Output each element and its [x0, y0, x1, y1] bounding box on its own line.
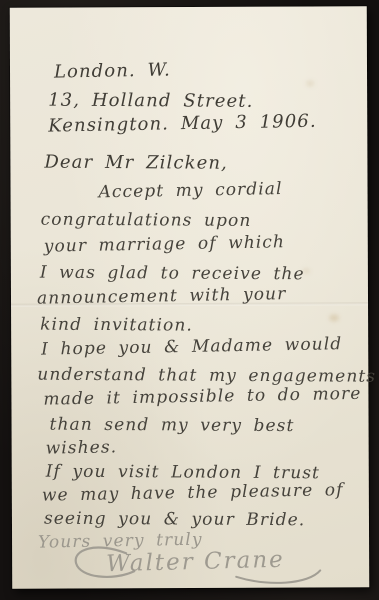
letter-line: wishes.	[46, 439, 118, 457]
letter-line: I hope you & Madame would	[41, 336, 342, 359]
date-line: Kensington. May 3 1906.	[48, 113, 317, 136]
address-line: London. W.	[54, 61, 171, 81]
paper-stain	[306, 80, 314, 86]
paper-stain	[329, 314, 339, 321]
letter-line: If you visit London I trust	[46, 464, 320, 483]
letter-paper: London. W. 13, Holland Street. Kensingto…	[10, 6, 370, 589]
salutation: Dear Mr Zilcken,	[44, 154, 228, 173]
letter-line: kind invitation.	[40, 317, 193, 335]
letter-line: than send my very best	[50, 417, 295, 435]
letter-line: your marriage of which	[44, 234, 286, 255]
address-line: 13, Holland Street.	[48, 92, 253, 111]
signature: Walter Crane	[68, 540, 338, 587]
letter-line: understand that my engagements	[37, 367, 376, 386]
letter-line: announcement with your	[37, 286, 287, 308]
letter-line: seeing you & your Bride.	[44, 511, 305, 530]
letter-line: made it impossible to do more	[43, 386, 361, 409]
letter-line: Accept my cordial	[98, 181, 282, 201]
letter-line: I was glad to receive the	[40, 265, 305, 284]
letter-line: we may have the pleasure of	[42, 482, 344, 505]
letter-line: congratulations upon	[41, 212, 252, 230]
signature-name: Walter Crane	[106, 547, 285, 578]
photo-backdrop: London. W. 13, Holland Street. Kensingto…	[0, 0, 379, 600]
